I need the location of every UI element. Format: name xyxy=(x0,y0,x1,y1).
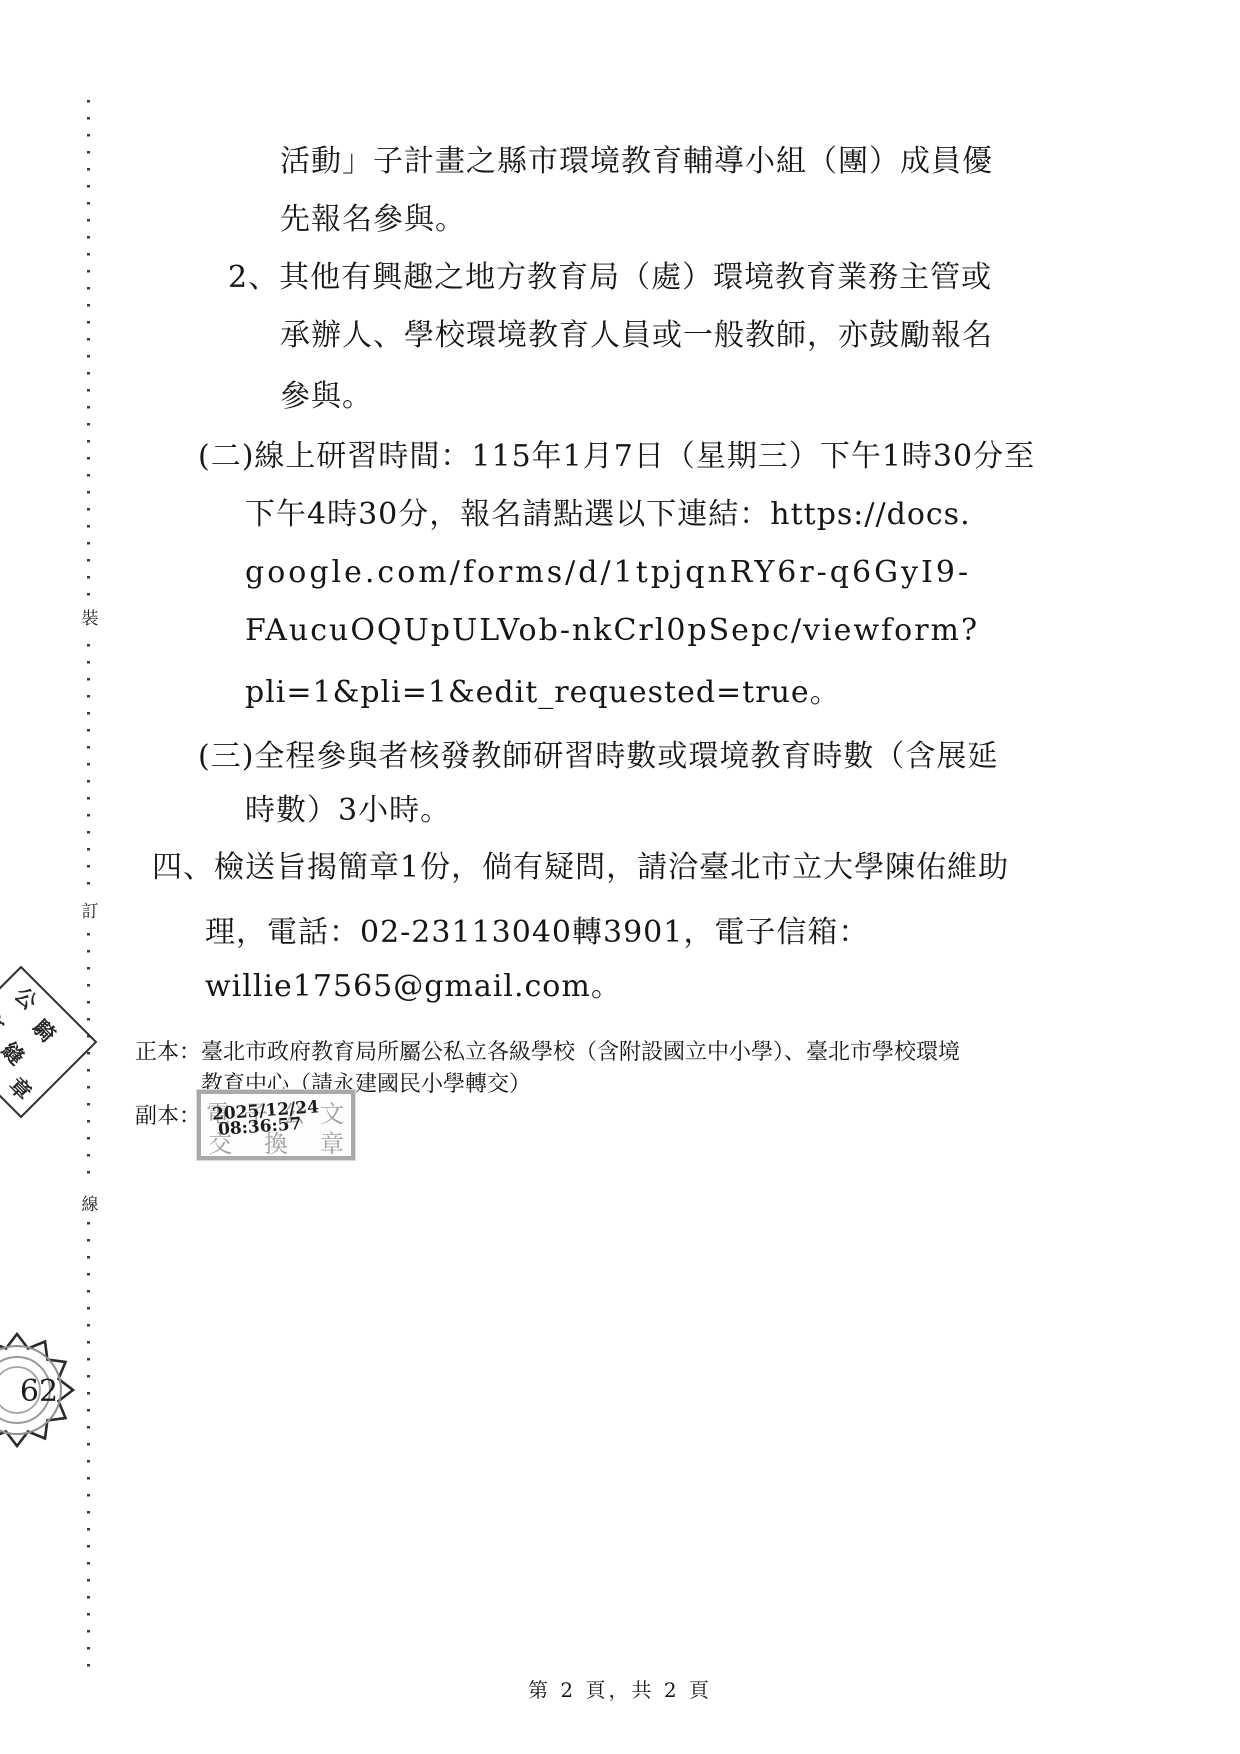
body-line-url: google.com/forms/d/1tpjqnRY6r-q6GyI9- xyxy=(245,552,971,594)
document-page: 裝 訂 線 公 騎 文 縫 章 62 活動」子計畫之縣市環境教育輔導小組（團）成… xyxy=(0,0,1240,1754)
copy-label: 副本： xyxy=(135,1102,201,1132)
body-line: 四、檢送旨揭簡章1份，倘有疑問，請洽臺北市立大學陳佑維助 xyxy=(152,847,1009,889)
body-line: 先報名參與。 xyxy=(280,199,466,241)
body-line: 活動」子計畫之縣市環境教育輔導小組（團）成員優 xyxy=(280,141,993,183)
page-number-stamp: 62 xyxy=(0,1330,80,1454)
seam-seal-char: 騎 xyxy=(27,1012,63,1048)
original-recipients-text: 臺北市政府教育局所屬公私立各級學校（含附設國立中小學）、臺北市學校環境 xyxy=(201,1040,960,1065)
page-footer: 第 2 頁，共 2 頁 xyxy=(0,1674,1240,1703)
body-line: 下午4時30分，報名請點選以下連結：https://docs. xyxy=(245,494,971,536)
body-line-url: FAucuOQUpULVob-nkCrl0pSepc/viewform? xyxy=(245,610,979,652)
body-line-url: pli=1&pli=1&edit_requested=true。 xyxy=(245,672,841,714)
seam-seal-char: 縫 xyxy=(0,1035,32,1071)
body-line: 承辦人、學校環境教育人員或一般教師，亦鼓勵報名 xyxy=(280,315,993,357)
seam-seal-char: 文 xyxy=(0,1004,12,1040)
page-number-stamp-text: 62 xyxy=(20,1374,58,1409)
binding-char-ding: 訂 xyxy=(80,894,100,925)
body-line: 時數）3小時。 xyxy=(245,790,451,832)
seam-seal-char: 章 xyxy=(3,1070,39,1106)
body-line: 理，電話：02-23113040轉3901，電子信箱： xyxy=(205,912,869,954)
original-recipients-line1: 正本：臺北市政府教育局所屬公私立各級學校（含附設國立中小學）、臺北市學校環境 xyxy=(135,1038,960,1068)
seam-seal-stamp: 公 騎 文 縫 章 xyxy=(0,966,97,1119)
seam-seal-char: 公 xyxy=(8,980,44,1016)
electronic-exchange-stamp: 電子公文 交換章 2025/12/24 08:36:57 xyxy=(197,1090,355,1160)
body-line: 2、其他有興趣之地方教育局（處）環境教育業務主管或 xyxy=(228,257,992,299)
body-line: 參與。 xyxy=(280,376,373,418)
binding-char-xian: 線 xyxy=(80,1187,100,1218)
body-line: (三)全程參與者核發教師研習時數或環境教育時數（含展延 xyxy=(198,736,998,778)
original-label: 正本： xyxy=(135,1040,201,1065)
binding-dotted-line xyxy=(87,100,90,1668)
binding-char-zhuang: 裝 xyxy=(80,601,100,632)
body-line: (二)線上研習時間：115年1月7日（星期三）下午1時30分至 xyxy=(198,436,1035,478)
body-line-email: willie17565@gmail.com。 xyxy=(205,966,622,1008)
